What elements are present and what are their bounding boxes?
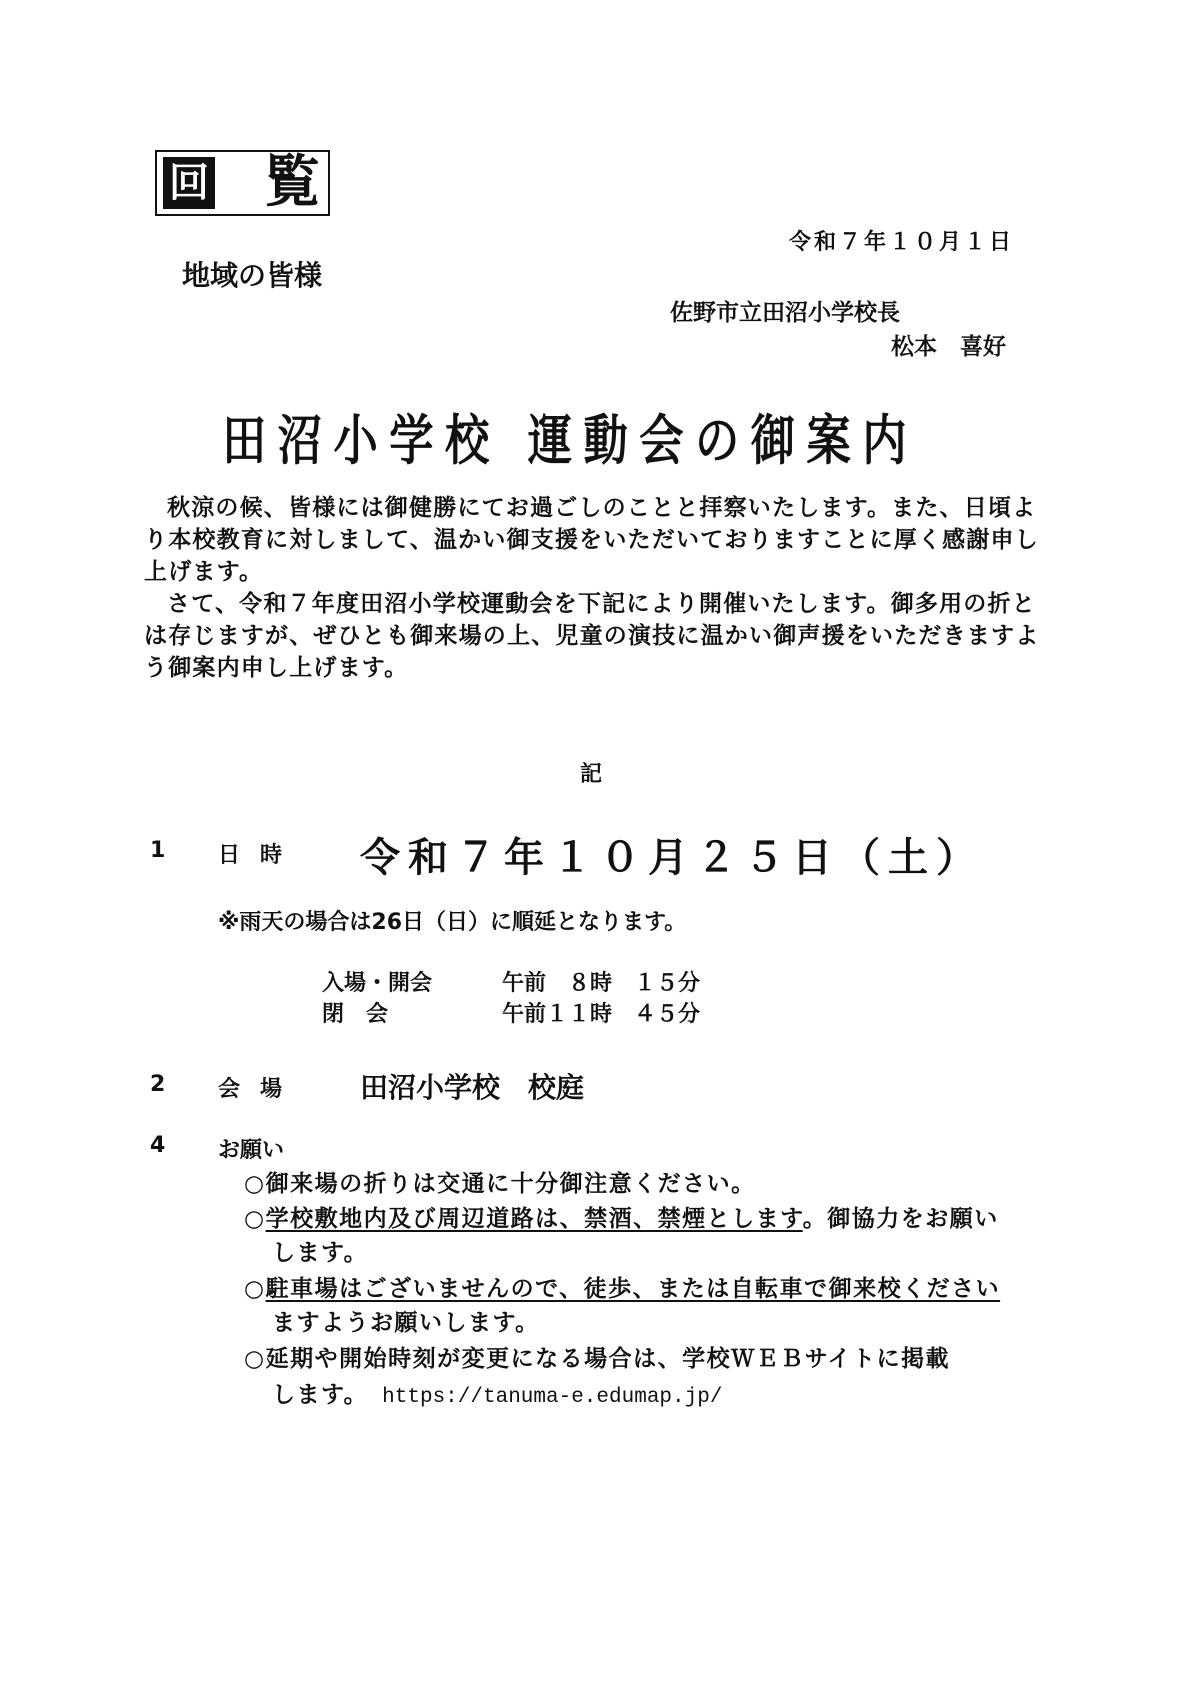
body-text: 秋涼の候、皆様には御健勝にてお過ごしのことと拝察いたします。また、日頃より本校教… <box>144 492 1049 684</box>
schedule-time-close: 午前１１時 ４５分 <box>502 997 700 1028</box>
item-label-venue: 会場 <box>218 1072 302 1103</box>
body-paragraph-2: さて、令和７年度田沼小学校運動会を下記により開催いたします。御多用の折とは存じま… <box>144 588 1049 684</box>
request-item-4-cont: します。https://tanuma-e.edumap.jp/ <box>272 1376 722 1409</box>
circle-bullet: ○ <box>244 1206 266 1232</box>
item-label-datetime: 日時 <box>218 838 302 869</box>
item-number-1: 1 <box>150 838 165 863</box>
venue-value: 田沼小学校 校庭 <box>360 1066 584 1106</box>
request-3-underlined: 駐車場はございませんので、徒歩、または自転車で御来校ください <box>266 1276 1001 1302</box>
request-item-3: ○駐車場はございませんので、徒歩、または自転車で御来校ください <box>244 1270 1000 1303</box>
item-label-requests: お願い <box>218 1133 284 1164</box>
event-date: 令和７年１０月２５日（土） <box>360 826 984 883</box>
sender-organization: 佐野市立田沼小学校長 <box>670 294 900 327</box>
addressee: 地域の皆様 <box>182 254 322 294</box>
request-item-4: ○延期や開始時刻が変更になる場合は、学校ＷＥＢサイトに掲載 <box>244 1340 950 1373</box>
stamp-char-2: 覧 <box>264 155 320 211</box>
stamp-char-1: 回 <box>163 157 215 209</box>
document-title: 田沼小学校 運動会の御案内 <box>222 398 918 475</box>
schedule-time-open: 午前 ８時 １５分 <box>502 966 700 997</box>
request-2-rest: 。御協力をお願い <box>803 1206 999 1232</box>
request-item-1: ○御来場の折りは交通に十分御注意ください。 <box>244 1165 756 1198</box>
schedule-label-close: 閉 会 <box>322 997 388 1028</box>
request-2-underlined: 学校敷地内及び周辺道路は、禁酒、禁煙とします <box>266 1206 803 1232</box>
schedule-label-open: 入場・開会 <box>322 966 432 997</box>
circle-bullet: ○ <box>244 1276 266 1302</box>
request-item-2: ○学校敷地内及び周辺道路は、禁酒、禁煙とします。御協力をお願い <box>244 1200 999 1233</box>
circulation-stamp: 回 覧 <box>155 150 330 216</box>
request-item-2-cont: します。 <box>272 1234 368 1267</box>
request-4-cont-text: します。 <box>272 1382 368 1408</box>
item-number-2: 2 <box>150 1072 165 1097</box>
ki-heading: 記 <box>580 757 602 788</box>
issue-date: 令和７年１０月１日 <box>789 225 1014 256</box>
item-number-4: 4 <box>150 1133 165 1158</box>
school-website-link[interactable]: https://tanuma-e.edumap.jp/ <box>382 1386 722 1409</box>
request-item-3-cont: ますようお願いします。 <box>272 1304 540 1337</box>
body-paragraph-1: 秋涼の候、皆様には御健勝にてお過ごしのことと拝察いたします。また、日頃より本校教… <box>144 492 1049 588</box>
rain-note: ※雨天の場合は26日（日）に順延となります。 <box>218 905 686 936</box>
sender-name: 松本 喜好 <box>891 328 1006 361</box>
